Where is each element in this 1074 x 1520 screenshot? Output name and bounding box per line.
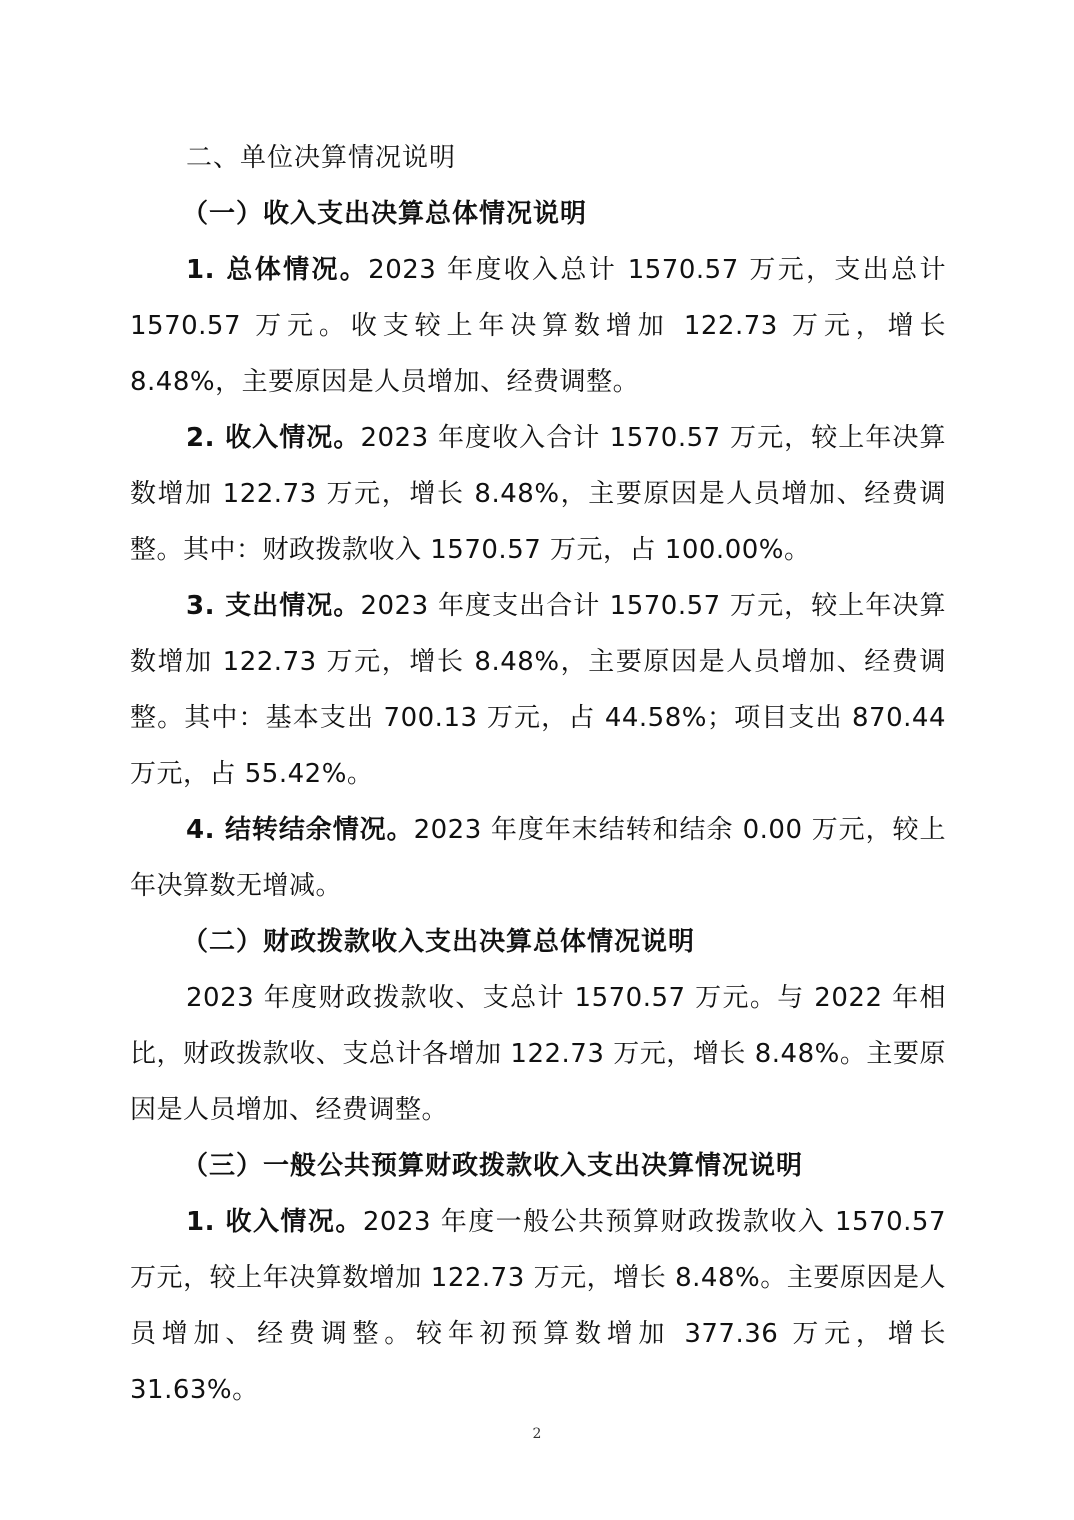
section-title: 二、单位决算情况说明 bbox=[130, 130, 946, 186]
subsection-heading-2: （二）财政拨款收入支出决算总体情况说明 bbox=[130, 914, 946, 970]
page-number: 2 bbox=[0, 1426, 1074, 1442]
paragraph-carryover: 4. 结转结余情况。2023 年度年末结转和结余 0.00 万元，较上年决算数无… bbox=[130, 802, 946, 914]
paragraph-lead: 3. 支出情况。 bbox=[186, 591, 360, 621]
paragraph-lead: 4. 结转结余情况。 bbox=[186, 815, 414, 845]
document-page: 二、单位决算情况说明 （一）收入支出决算总体情况说明 1. 总体情况。2023 … bbox=[130, 130, 946, 1418]
paragraph-lead: 1. 收入情况。 bbox=[186, 1207, 363, 1237]
paragraph-fiscal-total: 2023 年度财政拨款收、支总计 1570.57 万元。与 2022 年相比，财… bbox=[130, 970, 946, 1138]
paragraph-lead: 1. 总体情况。 bbox=[186, 255, 368, 285]
paragraph-overall: 1. 总体情况。2023 年度收入总计 1570.57 万元，支出总计 1570… bbox=[130, 242, 946, 410]
paragraph-lead: 2. 收入情况。 bbox=[186, 423, 360, 453]
paragraph-general-budget-income: 1. 收入情况。2023 年度一般公共预算财政拨款收入 1570.57 万元，较… bbox=[130, 1194, 946, 1418]
paragraph-text: 2023 年度财政拨款收、支总计 1570.57 万元。与 2022 年相比，财… bbox=[130, 983, 946, 1125]
paragraph-income: 2. 收入情况。2023 年度收入合计 1570.57 万元，较上年决算数增加 … bbox=[130, 410, 946, 578]
paragraph-expenditure: 3. 支出情况。2023 年度支出合计 1570.57 万元，较上年决算数增加 … bbox=[130, 578, 946, 802]
subsection-heading-1: （一）收入支出决算总体情况说明 bbox=[130, 186, 946, 242]
subsection-heading-3: （三）一般公共预算财政拨款收入支出决算情况说明 bbox=[130, 1138, 946, 1194]
